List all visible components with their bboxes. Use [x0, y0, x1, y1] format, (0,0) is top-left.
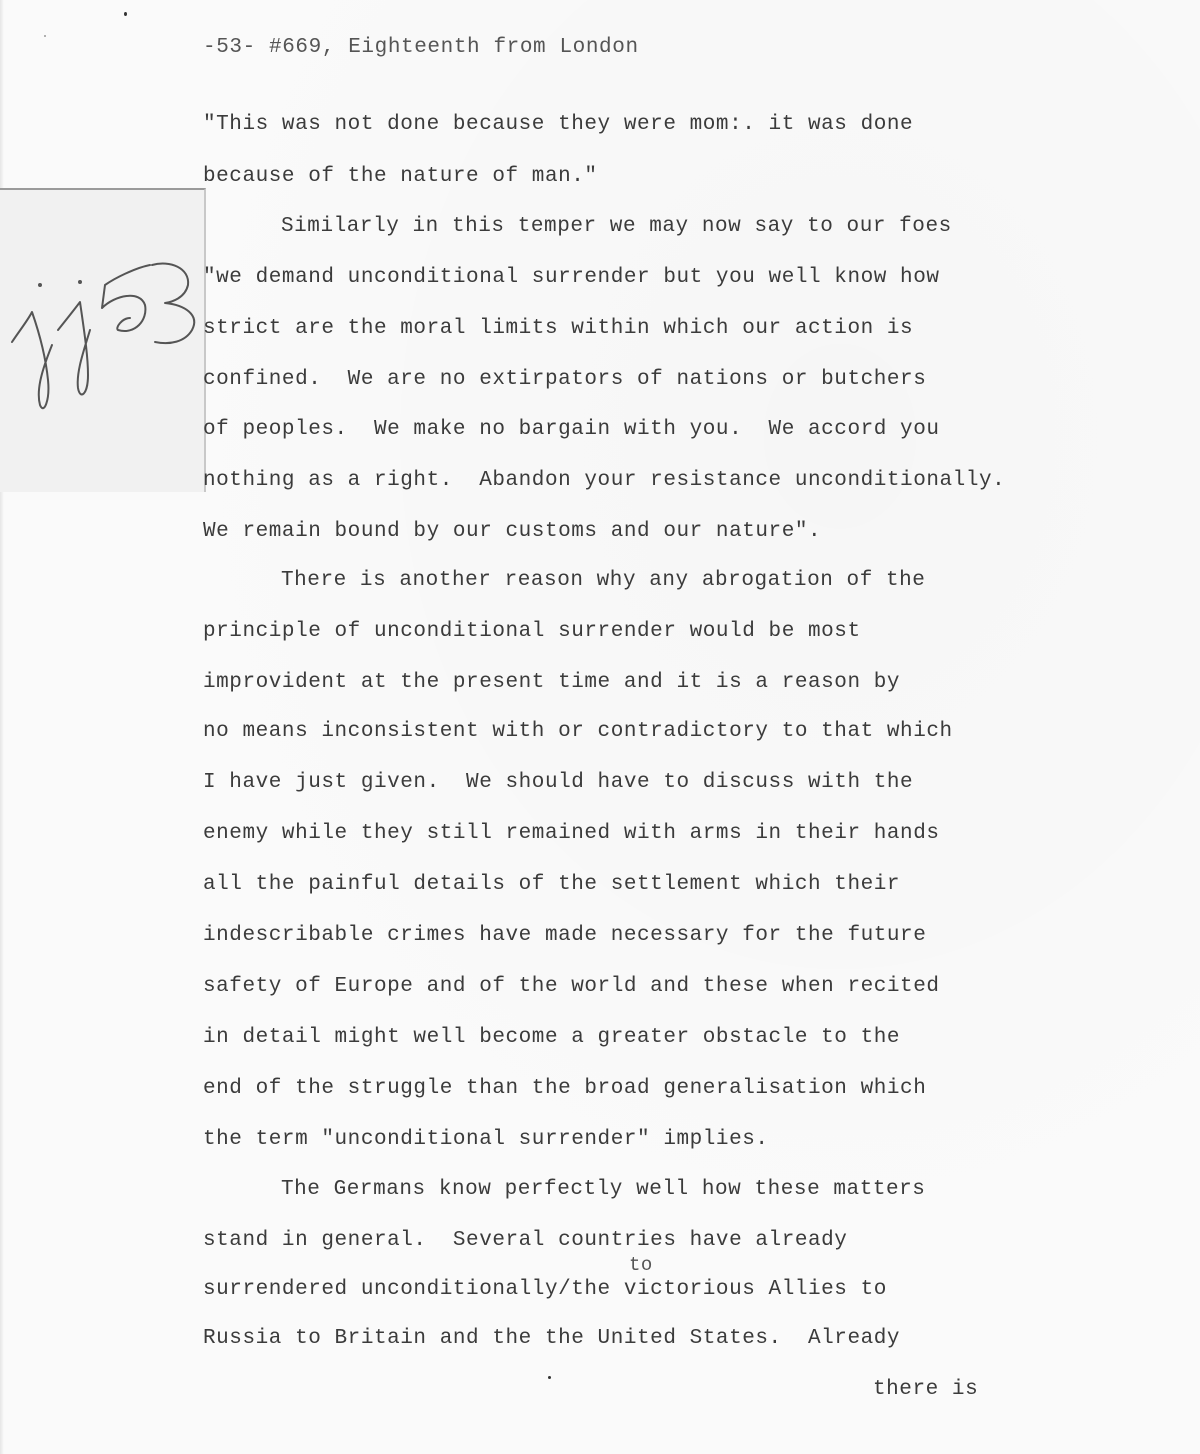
ink-speck	[44, 35, 46, 37]
text-line: Similarly in this temper we may now say …	[281, 215, 952, 238]
text-line: in detail might well become a greater ob…	[203, 1026, 900, 1049]
text-line: end of the struggle than the broad gener…	[203, 1077, 926, 1100]
text-line: the term "unconditional surrender" impli…	[203, 1128, 769, 1151]
document-page: -53- #669, Eighteenth from London jj53 "…	[0, 0, 1200, 1454]
text-line: I have just given. We should have to dis…	[203, 771, 913, 794]
text-line: all the painful details of the settlemen…	[203, 873, 900, 896]
text-line: "we demand unconditional surrender but y…	[203, 266, 940, 289]
text-line: confined. We are no extirpators of natio…	[203, 368, 926, 391]
ink-speck	[548, 1376, 551, 1379]
text-line: principle of unconditional surrender wou…	[203, 620, 861, 643]
text-line: We remain bound by our customs and our n…	[203, 520, 821, 543]
catchword: there is	[873, 1378, 978, 1401]
text-line: stand in general. Several countries have…	[203, 1229, 847, 1252]
text-line: indescribable crimes have made necessary…	[203, 924, 926, 947]
text-line: because of the nature of man."	[203, 165, 598, 188]
text-line: safety of Europe and of the world and th…	[203, 975, 940, 998]
interlinear-insertion: to	[629, 1254, 653, 1276]
text-line: Russia to Britain and the the United Sta…	[203, 1327, 900, 1350]
handwritten-annotation-icon	[0, 190, 206, 494]
text-line: of peoples. We make no bargain with you.…	[203, 418, 940, 441]
text-line: The Germans know perfectly well how thes…	[281, 1178, 925, 1201]
ink-speck	[124, 12, 127, 16]
text-line: strict are the moral limits within which…	[203, 317, 913, 340]
text-line: surrendered unconditionally/the victorio…	[203, 1278, 887, 1301]
text-line: nothing as a right. Abandon your resista…	[203, 469, 1005, 492]
text-line: improvident at the present time and it i…	[203, 671, 900, 694]
page-header: -53- #669, Eighteenth from London	[203, 36, 639, 59]
margin-sticky-note: jj53	[0, 188, 206, 492]
text-line: enemy while they still remained with arm…	[203, 822, 940, 845]
text-line: "This was not done because they were mom…	[203, 113, 913, 136]
text-line: no means inconsistent with or contradict…	[203, 720, 953, 743]
text-line: There is another reason why any abrogati…	[281, 569, 925, 592]
